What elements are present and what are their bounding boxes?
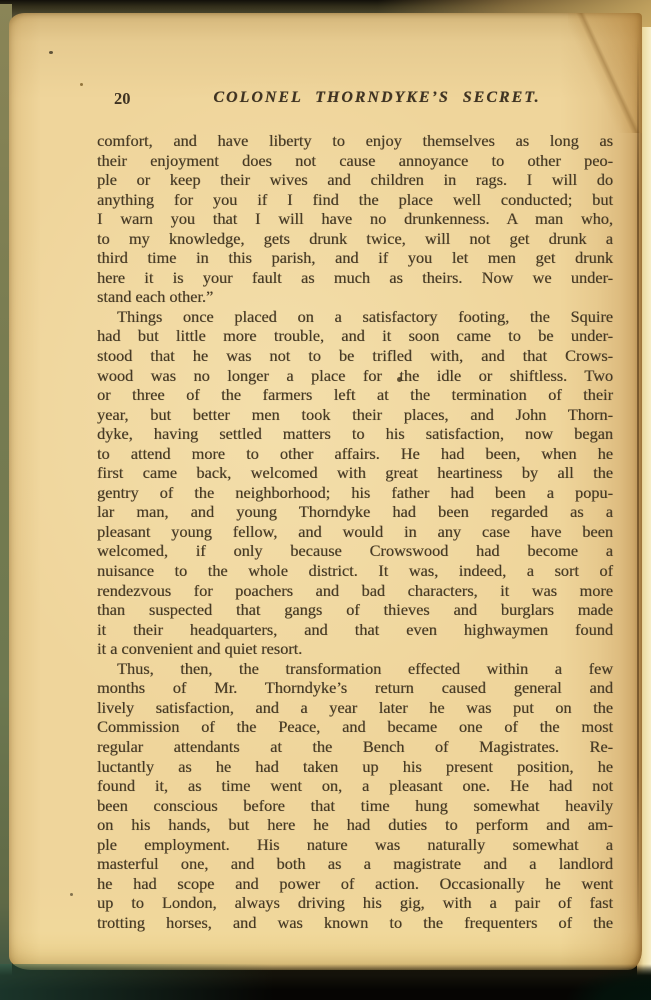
paragraph: Things once placed on a satisfactory foo… — [97, 307, 613, 659]
paragraph: Thus, then, the transformation effected … — [97, 659, 613, 933]
text-line: he had scope and power of action. Occasi… — [97, 874, 613, 894]
text-line: lively satisfaction, and a year later he… — [97, 698, 613, 718]
page-body: comfort, and have liberty to enjoy thems… — [97, 131, 613, 932]
ink-speck — [397, 377, 402, 382]
text-line: nuisance to the whole district. It was, … — [97, 561, 613, 581]
ink-speck — [70, 893, 73, 896]
text-line: Commission of the Peace, and became one … — [97, 717, 613, 737]
text-line: year, but better men took their places, … — [97, 405, 613, 425]
text-line: to my knowledge, gets drunk twice, will … — [97, 229, 613, 249]
page-header: 20 COLONEL THORNDYKE’S SECRET. — [97, 89, 613, 111]
paragraph: comfort, and have liberty to enjoy thems… — [97, 131, 613, 307]
text-line: or three of the farmers left at the term… — [97, 385, 613, 405]
text-line: comfort, and have liberty to enjoy thems… — [97, 131, 613, 151]
text-line: it a convenient and quiet resort. — [97, 639, 613, 659]
text-line: than suspected that gangs of thieves and… — [97, 600, 613, 620]
text-line: up to London, always driving his gig, wi… — [97, 893, 613, 913]
text-line: here it is your fault as much as theirs.… — [97, 268, 613, 288]
text-line: ple or keep their wives and children in … — [97, 170, 613, 190]
ink-speck — [223, 222, 226, 224]
text-line: found it, as time went on, a pleasant on… — [97, 776, 613, 796]
text-line: regular attendants at the Bench of Magis… — [97, 737, 613, 757]
text-line: Thus, then, the transformation effected … — [97, 659, 613, 679]
page-number: 20 — [114, 89, 131, 109]
text-line: stand each other.” — [97, 287, 613, 307]
text-line: stood that he was not to be trifled with… — [97, 346, 613, 366]
ink-speck — [49, 51, 53, 54]
text-line: on his hands, but here he had duties to … — [97, 815, 613, 835]
scanned-book-page-photo: 20 COLONEL THORNDYKE’S SECRET. comfort, … — [0, 0, 651, 1000]
text-line: luctantly as he had taken up his present… — [97, 757, 613, 777]
text-line: I warn you that I will have no drunkenne… — [97, 209, 613, 229]
text-line: had but little more trouble, and it soon… — [97, 326, 613, 346]
text-line: it their headquarters, and that even hig… — [97, 620, 613, 640]
text-line: ple employment. His nature was naturally… — [97, 835, 613, 855]
text-line: pleasant young fellow, and would in any … — [97, 522, 613, 542]
running-title: COLONEL THORNDYKE’S SECRET. — [97, 89, 613, 107]
text-line: their enjoyment does not cause annoyance… — [97, 151, 613, 171]
text-line: anything for you if I find the place wel… — [97, 190, 613, 210]
book-bottom-shadow — [0, 964, 651, 1000]
text-line: gentry of the neighborhood; his father h… — [97, 483, 613, 503]
text-line: wood was no longer a place for the idle … — [97, 366, 613, 386]
text-line: first came back, welcomed with great hea… — [97, 463, 613, 483]
text-line: trotting horses, and was known to the fr… — [97, 913, 613, 933]
text-line: third time in this parish, and if you le… — [97, 248, 613, 268]
text-line: masterful one, and both as a magistrate … — [97, 854, 613, 874]
text-line: Things once placed on a satisfactory foo… — [97, 307, 613, 327]
text-line: dyke, having settled matters to his sati… — [97, 424, 613, 444]
text-line: months of Mr. Thorndyke’s return caused … — [97, 678, 613, 698]
ink-speck — [80, 83, 83, 86]
fore-edge-line — [637, 36, 639, 936]
text-line: rendezvous for poachers and bad characte… — [97, 581, 613, 601]
text-line: been conscious before that time hung som… — [97, 796, 613, 816]
page-corner-crease — [568, 13, 642, 133]
text-line: welcomed, if only because Crowswood had … — [97, 541, 613, 561]
book-page: 20 COLONEL THORNDYKE’S SECRET. comfort, … — [9, 13, 642, 970]
text-line: lar man, and young Thorndyke had been re… — [97, 502, 613, 522]
text-line: to attend more to other affairs. He had … — [97, 444, 613, 464]
